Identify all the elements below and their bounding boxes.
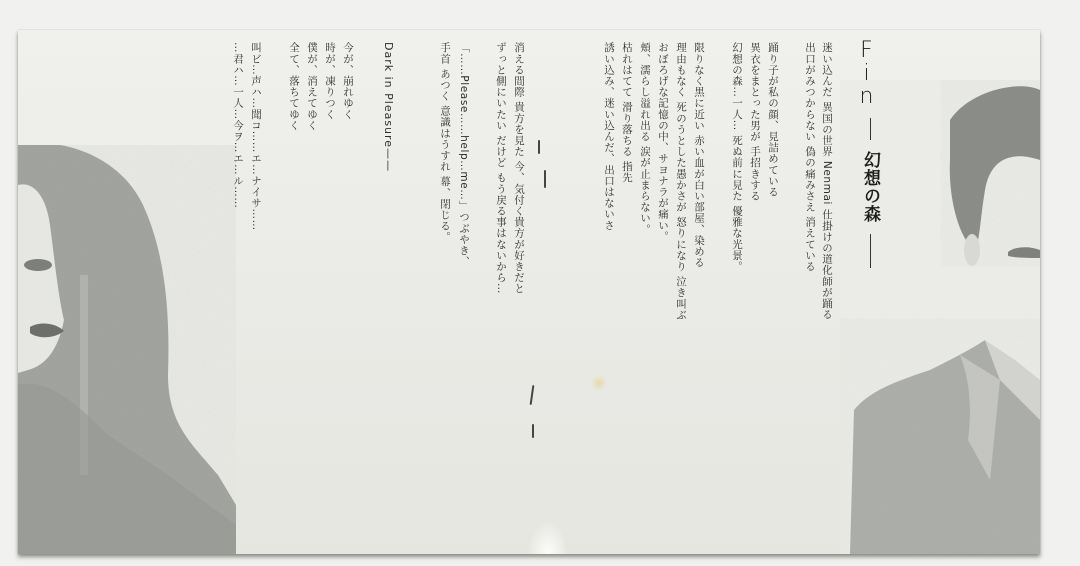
center-fold [528, 520, 568, 554]
song-title-roman: Fin [854, 38, 879, 107]
woman-portrait-image [18, 145, 236, 554]
scanned-booklet-scene: Fin 幻想の森 迷い込んだ 異国の世界 Nenmai 仕掛けの道化師が踊る 出… [0, 0, 1080, 566]
lyric-line: 異衣をまとった男が 手招きする [749, 42, 761, 201]
lyric-line: 消える間際 貴方を見た 今、気付く貴方が好きだと [513, 42, 525, 294]
bracket-mark [544, 170, 546, 188]
lyric-line: ずっと側にいたい だけど もう戻る事はないから… [495, 42, 507, 294]
center-mark [530, 385, 535, 405]
lyric-line: 全て、落ちてゆく [288, 42, 300, 131]
lyric-line: 誘い込み、迷い込んだ、出口はないさ [603, 42, 615, 231]
lyric-line: 頬、濡らし溢れ出る 涙が止まらない。 [639, 42, 651, 235]
song-title-japanese-block: 幻想の森 [858, 118, 883, 268]
lyric-line: 幻想の森…一人… 死ぬ前に見た 優雅な光景。 [731, 42, 743, 272]
title-dash-bottom [870, 234, 871, 268]
lyric-line: 時が、凍りつく [324, 42, 336, 120]
bracket-mark [538, 140, 540, 154]
lyric-line: 出口がみつからない 偽の痛みさえ 消えている [804, 42, 816, 272]
lyric-line: 理由もなく 死のうとした愚かさが 怒りになり 泣き叫ぶ [675, 42, 687, 320]
lyric-line: 「……Please……help…me…」つぶやき、 [458, 42, 470, 267]
lyric-line: おぼろげな記憶の中、サヨナラが痛い。 [657, 42, 669, 242]
lyric-booklet-sheet: Fin 幻想の森 迷い込んだ 異国の世界 Nenmai 仕掛けの道化師が踊る 出… [18, 30, 1040, 554]
lyric-line: 叫ビ…声ハ…聞コ……エ…ナイサ…… [250, 42, 262, 231]
paper-stain [591, 375, 607, 391]
lyric-line: …君ハ…一人…今ヲ…エ…ル…… [232, 42, 244, 209]
song2-title-block: Dark in Pleasure—— [382, 42, 394, 172]
lyric-line: 手首 あつく 意識はうすれ 幕、閉じる。 [439, 42, 451, 243]
lyric-line: 踊り子が私の顔、見詰めている [767, 42, 779, 197]
lyric-line: 僕が、消えてゆく [306, 42, 318, 131]
song2-title-dash: —— [382, 148, 395, 172]
center-mark [532, 424, 534, 438]
lyric-line: 迷い込んだ 異国の世界 Nenmai 仕掛けの道化師が踊る [821, 42, 833, 320]
song-title-japanese: 幻想の森 [860, 151, 880, 223]
lyric-line: 枯れはてて 滑り落ちる 指先 [621, 42, 633, 183]
title-dash-top [870, 118, 871, 140]
photo-woman-portrait [18, 145, 236, 554]
lyric-line: 今が、崩れゆく [342, 42, 354, 120]
lyric-line: 限りなく黒に近い 赤い血が白い部屋、染める [693, 42, 705, 268]
song2-title: Dark in Pleasure [382, 42, 395, 148]
